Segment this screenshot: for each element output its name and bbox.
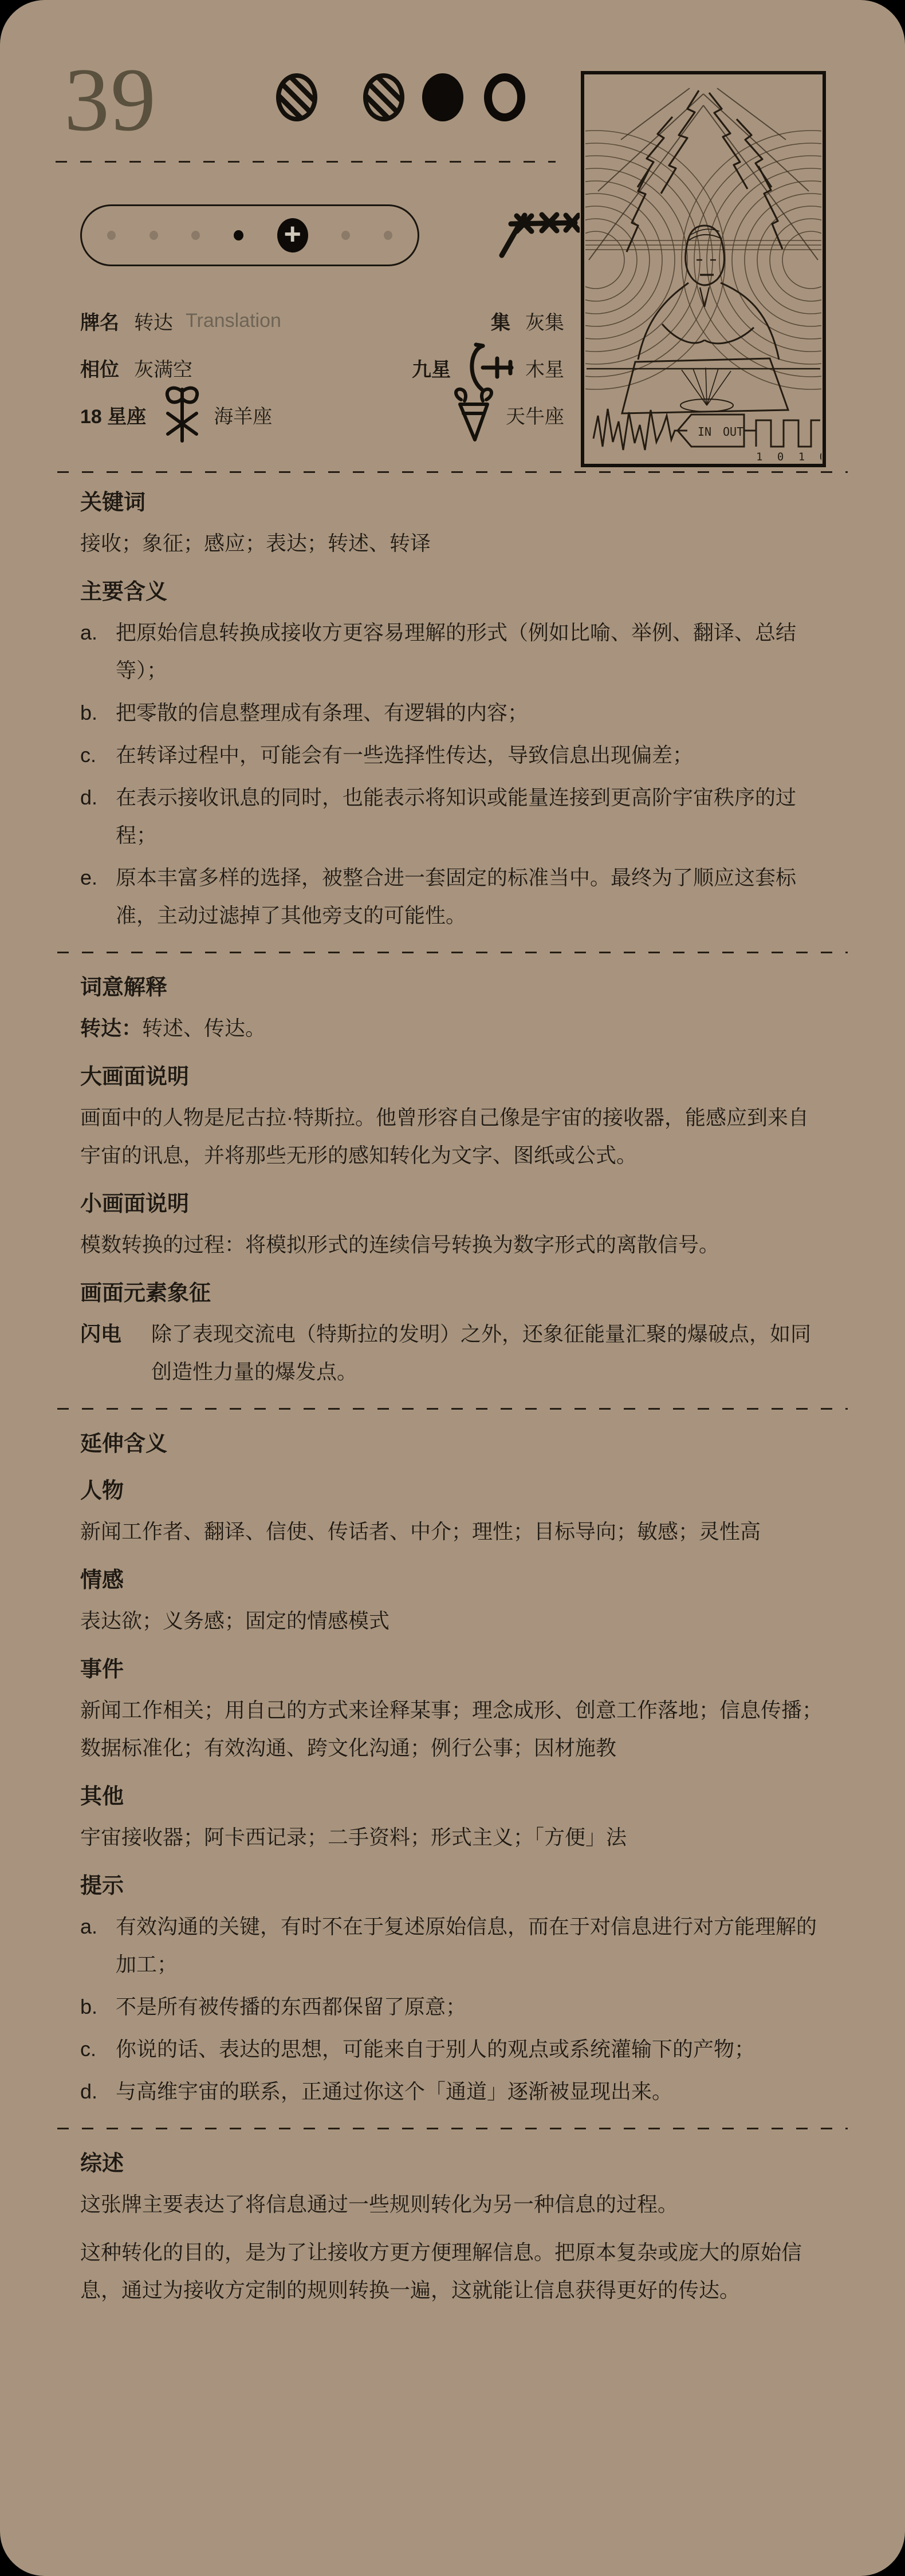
section-title-summary: 综述 — [80, 2147, 825, 2181]
group-title-others: 其他 — [80, 1780, 825, 1814]
dashed-divider — [57, 471, 848, 473]
slider-dot[interactable] — [149, 231, 158, 240]
list-item: c. 你说的话、表达的思想，可能来自于别人的观点或系统灌输下的产物； — [80, 2030, 825, 2068]
list-item: a. 有效沟通的关键，有时不在于复述原始信息，而在于对信息进行对方能理解的加工； — [80, 1908, 825, 1983]
term-label: 转达： — [80, 1009, 142, 1047]
phase-value: 灰满空 — [134, 354, 192, 382]
dashed-divider — [57, 2128, 848, 2129]
main-meanings-list: a. 把原始信息转换成接收方更容易理解的形式（例如比喻、举例、翻译、总结等）； … — [80, 614, 825, 934]
dashed-divider — [57, 952, 848, 953]
group-title-events: 事件 — [80, 1652, 825, 1687]
hatched-circle-icon — [363, 73, 404, 121]
slider-dot[interactable] — [191, 231, 200, 240]
list-item: d. 与高维宇宙的联系，正通过你这个「通道」逐渐被显现出来。 — [80, 2073, 825, 2110]
card-body: 关键词 接收；象征；感应；表达；转述、转译 主要含义 a. 把原始信息转换成接收… — [57, 471, 848, 2309]
card-header: 39 + — [0, 0, 905, 471]
group-text-events: 新闻工作相关；用自己的方式来诠释某事；理念成形、创意工作落地；信息传播；数据标准… — [80, 1691, 825, 1767]
big-picture-text: 画面中的人物是尼古拉·特斯拉。他曾形容自己像是宇宙的接收器，能感应到来自宇宙的讯… — [80, 1099, 825, 1174]
zodiac-value: 海羊座 — [214, 401, 272, 429]
section-title-word-meaning: 词意解释 — [80, 971, 825, 1005]
section-title-elements: 画面元素象征 — [80, 1276, 825, 1311]
slider-dot[interactable] — [341, 231, 350, 240]
card-info-grid: 牌名 转达 Translation 集 灰集 相位 灰满空 九星 — [80, 302, 564, 443]
dashed-divider — [57, 1408, 848, 1410]
slider-dot[interactable] — [107, 231, 116, 240]
section-title-big-picture: 大画面说明 — [80, 1060, 825, 1094]
element-label: 闪电 — [80, 1315, 151, 1391]
info-row-phase: 相位 灰满空 九星 — [80, 349, 564, 386]
set-value: 灰集 — [525, 307, 564, 335]
small-picture-text: 模数转换的过程：将模拟形式的连续信号转换为数字形式的离散信号。 — [80, 1226, 825, 1264]
list-item: b. 不是所有被传播的东西都保留了原意； — [80, 1988, 825, 2026]
phase-indicator-row — [276, 73, 528, 125]
coil-arcs-left — [581, 131, 725, 389]
group-title-people: 人物 — [80, 1474, 825, 1508]
solid-circle-icon — [422, 73, 463, 121]
adc-out-label: OUT — [723, 425, 743, 439]
section-title-keywords: 关键词 — [80, 486, 825, 520]
list-item: e. 原本丰富多样的选择，被整合进一套固定的标准当中。最终为了顺应这套标准，主动… — [80, 859, 825, 934]
info-row-name: 牌名 转达 Translation 集 灰集 — [80, 302, 564, 339]
branch-rune-icon — [494, 198, 580, 261]
slider-dot[interactable] — [384, 231, 392, 240]
list-item: b. 把零散的信息整理成有条理、有逻辑的内容； — [80, 694, 825, 732]
keywords-text: 接收；象征；感应；表达；转述、转译 — [80, 524, 825, 562]
sea-goat-icon — [161, 384, 203, 445]
name-value-en: Translation — [186, 310, 281, 332]
section-title-extended: 延伸含义 — [80, 1427, 825, 1461]
adc-in-label: IN — [698, 425, 711, 439]
section-title-main-meanings: 主要含义 — [80, 575, 825, 609]
zodiac-label: 18 星座 — [80, 401, 146, 429]
zodiac2-value: 天牛座 — [506, 401, 564, 429]
element-line: 闪电 除了表现交流电（特斯拉的发明）之外，还象征能量汇聚的爆破点，如同创造性力量… — [80, 1315, 825, 1391]
group-text-emotion: 表达欲；义务感；固定的情感模式 — [80, 1602, 825, 1640]
sky-bull-icon — [452, 385, 495, 444]
summary-paragraph: 这张牌主要表达了将信息通过一些规则转化为另一种信息的过程。 — [80, 2186, 825, 2223]
outline-circle-icon — [484, 73, 525, 121]
info-row-zodiac: 18 星座 海羊座 — [80, 396, 564, 433]
list-item: a. 把原始信息转换成接收方更容易理解的形式（例如比喻、举例、翻译、总结等）； — [80, 614, 825, 689]
hatched-circle-icon — [276, 73, 317, 121]
ninestar-value: 木星 — [525, 354, 564, 382]
dashed-divider — [56, 161, 556, 163]
group-title-emotion: 情感 — [80, 1563, 825, 1597]
ninestar-label: 九星 — [412, 354, 451, 382]
table-and-paper — [587, 358, 820, 413]
tips-list: a. 有效沟通的关键，有时不在于复述原始信息，而在于对信息进行对方能理解的加工；… — [80, 1908, 825, 2110]
set-label: 集 — [491, 307, 510, 335]
slider-dot-active[interactable] — [234, 230, 243, 240]
card-number: 39 — [64, 55, 157, 145]
summary-paragraph: 这种转化的目的，是为了让接收方更方便理解信息。把原本复杂或庞大的原始信息，通过为… — [80, 2234, 825, 2309]
group-text-people: 新闻工作者、翻译、信使、传话者、中介；理性；目标导向；敏感；灵性高 — [80, 1513, 825, 1551]
word-meaning-line: 转达： 转述、传达。 — [80, 1009, 825, 1047]
level-slider[interactable]: + — [80, 204, 419, 266]
slider-plus-button[interactable]: + — [277, 218, 308, 253]
card-detail-page: 39 + — [0, 0, 905, 2576]
card-illustration: IN OUT 1 0 1 0 1 0 1 — [581, 71, 826, 467]
phase-label: 相位 — [80, 354, 119, 382]
name-label: 牌名 — [80, 307, 119, 335]
coil-arcs-right — [682, 131, 826, 389]
name-value: 转达 — [134, 307, 173, 335]
section-title-small-picture: 小画面说明 — [80, 1187, 825, 1221]
adc-bits: 1 0 1 0 1 0 1 — [756, 451, 826, 463]
list-item: c. 在转译过程中，可能会有一些选择性传达，导致信息出现偏差； — [80, 736, 825, 774]
section-title-tips: 提示 — [80, 1869, 825, 1903]
list-item: d. 在表示接收讯息的同时，也能表示将知识或能量连接到更高阶宇宙秩序的过程； — [80, 779, 825, 854]
group-text-others: 宇宙接收器；阿卡西记录；二手资料；形式主义；「方便」法 — [80, 1818, 825, 1856]
